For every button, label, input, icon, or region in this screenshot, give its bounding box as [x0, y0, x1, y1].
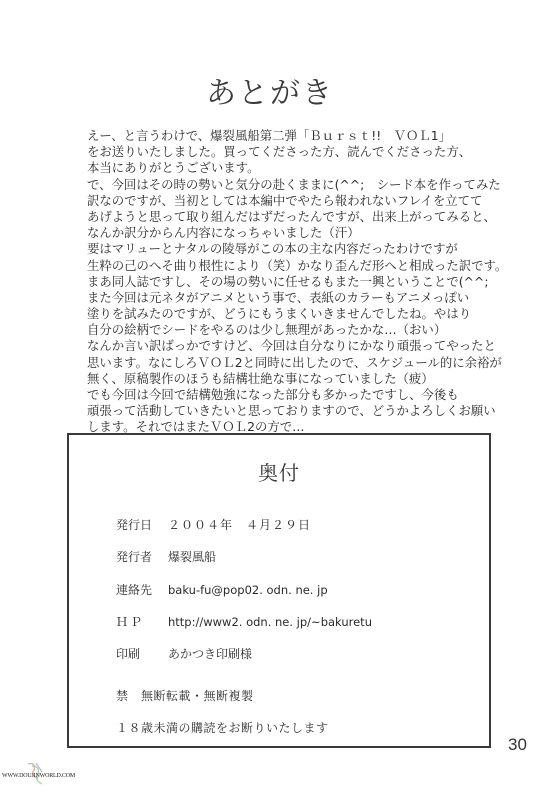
publisher-value: 爆裂風船 — [168, 548, 216, 565]
afterword-line: 訳なのですが、当初としては本編中でやたら報われないフレイを立てて — [87, 193, 517, 209]
prohibition-notice: 禁 無断転載・無断複製 — [116, 687, 254, 704]
afterword-body: えー、と言うわけで、爆裂風船第二弾「Ｂｕｒｓｔ!! ＶＯＬ1」 をお送りいたしま… — [87, 128, 517, 436]
homepage-label: ＨＰ — [116, 613, 168, 630]
publish-date-row: 発行日 ２００４年 ４月２９日 — [116, 516, 311, 533]
age-restriction-notice: １８歳未満の購読をお断りいたします — [116, 719, 329, 736]
afterword-line: 本当にありがとうございます。 — [87, 160, 517, 176]
afterword-line: 無く、原稿製作のほうも結構壮絶な事になっていました（疲） — [87, 371, 517, 387]
contact-email: baku-fu@pop02. odn. ne. jp — [168, 583, 328, 597]
afterword-line: 生粋の己のへそ曲り根性により（笑）かなり歪んだ形へと相成った訳です。 — [87, 258, 517, 274]
publisher-row: 発行者 爆裂風船 — [116, 548, 216, 565]
afterword-line: あげようと思って取り組んだはずだったんですが、出来上がってみると、 — [87, 209, 517, 225]
printer-value: あかつき印刷様 — [168, 645, 252, 662]
colophon-box: 奥付 発行日 ２００４年 ４月２９日 発行者 爆裂風船 連絡先 baku-fu@… — [67, 433, 491, 748]
publish-date-value: ２００４年 ４月２９日 — [168, 516, 311, 533]
contact-row: 連絡先 baku-fu@pop02. odn. ne. jp — [116, 581, 328, 598]
printer-row: 印刷 あかつき印刷様 — [116, 645, 252, 662]
contact-label: 連絡先 — [116, 581, 168, 598]
publisher-label: 発行者 — [116, 548, 168, 565]
afterword-line: で、今回はその時の勢いと気分の赴くままに(^^; シード本を作ってみた — [87, 177, 517, 193]
afterword-line: まあ同人誌ですし、その場の勢いに任せるもまた一興ということで(^^; — [87, 274, 517, 290]
watermark-text: WWW.DOUJINWORLD.COM — [2, 773, 75, 779]
afterword-line: 自分の絵柄でシードをやるのは少し無理があったかな…（おい） — [87, 322, 517, 338]
afterword-line: えー、と言うわけで、爆裂風船第二弾「Ｂｕｒｓｔ!! ＶＯＬ1」 — [87, 128, 517, 144]
homepage-row: ＨＰ http://www2. odn. ne. jp/~bakuretu — [116, 613, 372, 630]
afterword-line: また今回は元ネタがアニメという事で、表紙のカラーもアニメっぽい — [87, 290, 517, 306]
colophon-title: 奥付 — [69, 457, 489, 486]
afterword-title: あとがき — [0, 68, 540, 112]
afterword-line: なんか言い訳ばっかですけど、今回は自分なりにかなり頑張ってやったと — [87, 338, 517, 354]
printer-label: 印刷 — [116, 645, 168, 662]
page-number: 30 — [508, 735, 527, 755]
afterword-line: をお送りいたしました。買ってくださった方、読んでくださった方、 — [87, 144, 517, 160]
afterword-line: 要はマリューとナタルの陵辱がこの本の主な内容だったわけですが — [87, 241, 517, 257]
homepage-url: http://www2. odn. ne. jp/~bakuretu — [168, 615, 372, 629]
afterword-line: 塗りを試みたのですが、どうにもうまくいきませんでしたね。やはり — [87, 306, 517, 322]
publish-date-label: 発行日 — [116, 516, 168, 533]
afterword-line: 頑張って活動していきたいと思っておりますので、どうかよろしくお願い — [87, 403, 517, 419]
afterword-line: でも今回は今回で結構勉強になった部分も多かったですし、今後も — [87, 387, 517, 403]
afterword-line: なんか訳分からん内容になっちゃいました（汗） — [87, 225, 517, 241]
afterword-line: 思います。なにしろＶＯＬ2と同時に出したので、スケジュール的に余裕が — [87, 355, 517, 371]
